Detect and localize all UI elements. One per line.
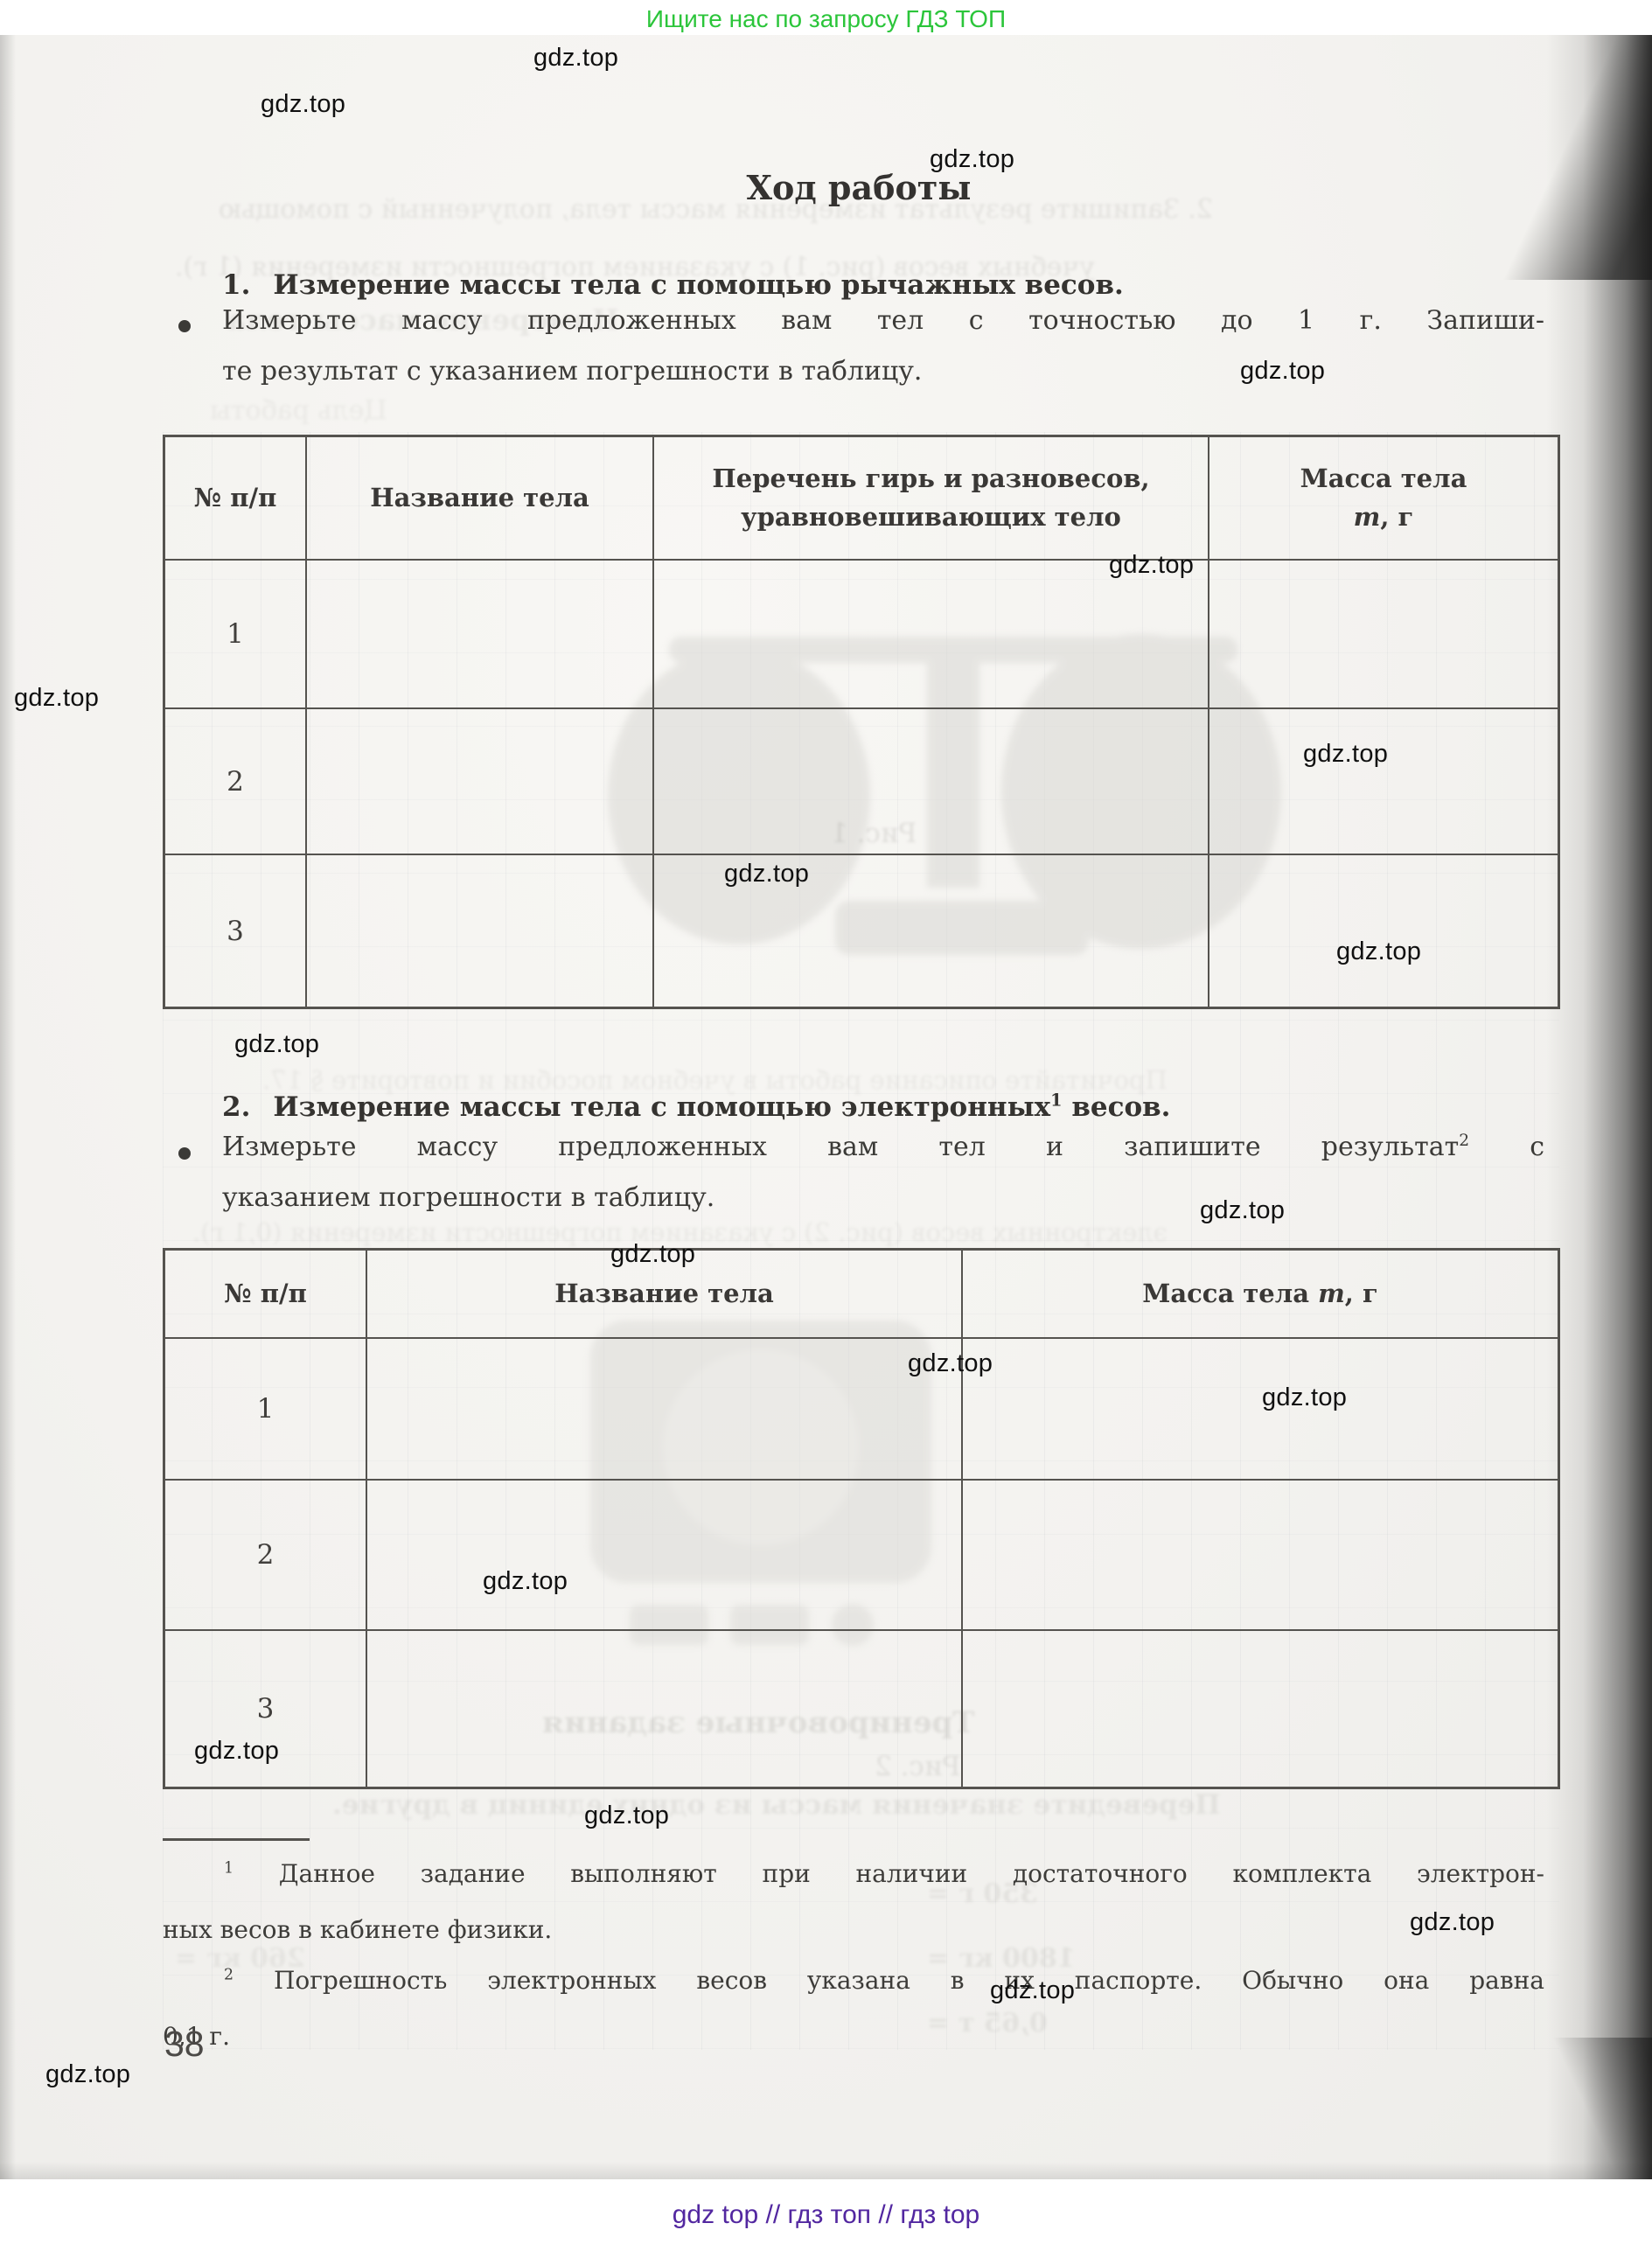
section2-number: 2. [222,1091,250,1123]
table1-header-number: № п/п [165,437,307,561]
scanned-workbook-page: 2. Запишите результат измерения массы те… [0,0,1652,2244]
watermark-gdz-top: gdz.top [908,1349,993,1378]
section1-number: 1. [222,269,250,301]
ghost-text: Прочитайте описание работы в учебном пос… [262,1065,1168,1095]
watermark-gdz-top: gdz.top [261,90,345,119]
footnote-ref-2: 2 [1459,1132,1469,1150]
ghost-text: 0,65 т = [927,2008,1048,2038]
footnote-2-line1: 2 Погрешность электронных весов указана … [163,1966,1544,1995]
watermark-gdz-top: gdz.top [1336,937,1421,966]
table2-cell-empty [963,1631,1558,1787]
footnote-ref-1: 1 [1050,1091,1062,1111]
footnote-2-marker: 2 [224,1967,234,1984]
footnote-1-line1: 1 Данное задание выполняют при наличии д… [163,1859,1544,1888]
bottom-right-corner-shadow [1469,2038,1652,2179]
section1-heading-text: Измерение массы тела с помощью рычажных … [273,269,1123,301]
instruction-line: Измерьте массу предложенных вам тел с то… [222,305,1544,336]
section2-heading-tail: весов. [1063,1091,1171,1123]
page-title: Ход работы [163,168,1555,207]
table1-cell-empty [307,561,654,709]
section1-heading: 1.Измерение массы тела с помощью рычажны… [222,269,1124,301]
table2-cell-empty [367,1631,963,1787]
watermark-gdz-top: gdz.top [610,1240,695,1269]
watermark-gdz-top: gdz.top [930,145,1014,174]
section2-heading: 2.Измерение массы тела с помощью электро… [222,1091,1170,1123]
watermark-gdz-top: gdz.top [724,860,809,889]
ghost-text: Цель работы [210,395,387,426]
footnote-1-marker: 1 [224,1860,234,1878]
mass-symbol: m [1318,1279,1345,1308]
table2-header-number: № п/п [165,1251,367,1339]
measurement-table-lever-scales: № п/п Название тела Перечень гирь и разн… [163,435,1560,1009]
instruction-line: указанием погрешности в таблицу. [222,1182,714,1213]
table1-cell-empty [1209,561,1558,709]
table1-header-weights-line1: Перечень гирь и разновесов, [712,460,1149,498]
measurement-table-electronic-scales: № п/п Название тела Масса тела m, г 1 2 … [163,1248,1560,1789]
watermark-gdz-top: gdz.top [194,1737,279,1766]
table2-header-mass-line: Масса тела m, г [1142,1275,1378,1314]
table1-header-mass-line1: Масса тела [1300,460,1467,498]
page-left-edge-shadow [0,35,16,2179]
table2-cell-empty [963,1339,1558,1481]
watermark-gdz-top: gdz.top [533,44,618,73]
promo-banner: Ищите нас по запросу ГДЗ ТОП [0,5,1652,33]
watermark-gdz-top: gdz.top [584,1801,669,1830]
watermark-gdz-top: gdz.top [990,1976,1075,2005]
table2-row1-number: 1 [165,1339,367,1481]
watermark-gdz-top: gdz.top [45,2060,130,2089]
watermark-gdz-top: gdz.top [1200,1196,1285,1225]
bullet-icon [178,320,191,332]
bullet-icon [178,1147,191,1160]
table1-row3-number: 3 [165,855,307,1007]
watermark-gdz-top: gdz.top [1303,740,1388,769]
table1-header-weights: Перечень гирь и разновесов, уравновешива… [654,437,1209,561]
watermark-gdz-top: gdz.top [1240,357,1325,386]
section2-heading-text: Измерение массы тела с помощью электронн… [273,1091,1050,1123]
mass-unit: , г [1345,1279,1378,1308]
mass-unit: , г [1380,502,1413,532]
table1-header-weights-line2: уравновешивающих тело [741,498,1121,537]
table2-header-mass: Масса тела m, г [963,1251,1558,1339]
watermark-gdz-top: gdz.top [1410,1908,1495,1937]
instruction-part: с [1469,1132,1544,1162]
table1-header-body-name: Название тела [307,437,654,561]
book-spine-shadow [1546,35,1652,2179]
watermark-gdz-top: gdz.top [234,1030,319,1059]
instruction-line: те результат с указанием погрешности в т… [222,356,922,387]
watermark-gdz-top: gdz.top [1262,1383,1347,1412]
watermark-gdz-top: gdz.top [1109,551,1194,580]
table2-cell-empty [367,1481,963,1631]
footnote-separator [163,1838,310,1841]
mass-symbol: m [1354,502,1381,532]
site-footer: gdz top // гдз топ // гдз top [0,2200,1652,2230]
table1-header-mass-line2: m, г [1354,498,1414,537]
table2-cell-empty [367,1339,963,1481]
table2-cell-empty [963,1481,1558,1631]
table1-cell-empty [1209,709,1558,855]
page-bottom-edge-shadow [0,2162,1652,2179]
footnote-1-line2: ных весов в кабинете физики. [163,1915,552,1944]
watermark-gdz-top: gdz.top [14,684,99,713]
instruction-part: Измерьте массу предложенных вам тел и за… [222,1132,1459,1162]
footnote-2-text: Погрешность электронных весов указана в … [274,1966,1544,1995]
table1-cell-empty [654,709,1209,855]
table1-cell-empty [307,855,654,1007]
table1-cell-empty [1209,855,1558,1007]
top-right-corner-shadow [1434,35,1652,280]
table1-header-mass: Масса тела m, г [1209,437,1558,561]
table1-row2-number: 2 [165,709,307,855]
ghost-text: Переведите значения массы из одних едини… [332,1789,1221,1821]
page-number: 38 [164,2024,205,2065]
table2-row2-number: 2 [165,1481,367,1631]
footnote-1-text: Данное задание выполняют при наличии дос… [279,1859,1544,1888]
table1-row1-number: 1 [165,561,307,709]
table1-cell-empty [654,561,1209,709]
watermark-gdz-top: gdz.top [483,1567,568,1596]
instruction-line: Измерьте массу предложенных вам тел и за… [222,1132,1544,1162]
table1-cell-empty [307,709,654,855]
mass-label: Масса тела [1142,1279,1318,1308]
